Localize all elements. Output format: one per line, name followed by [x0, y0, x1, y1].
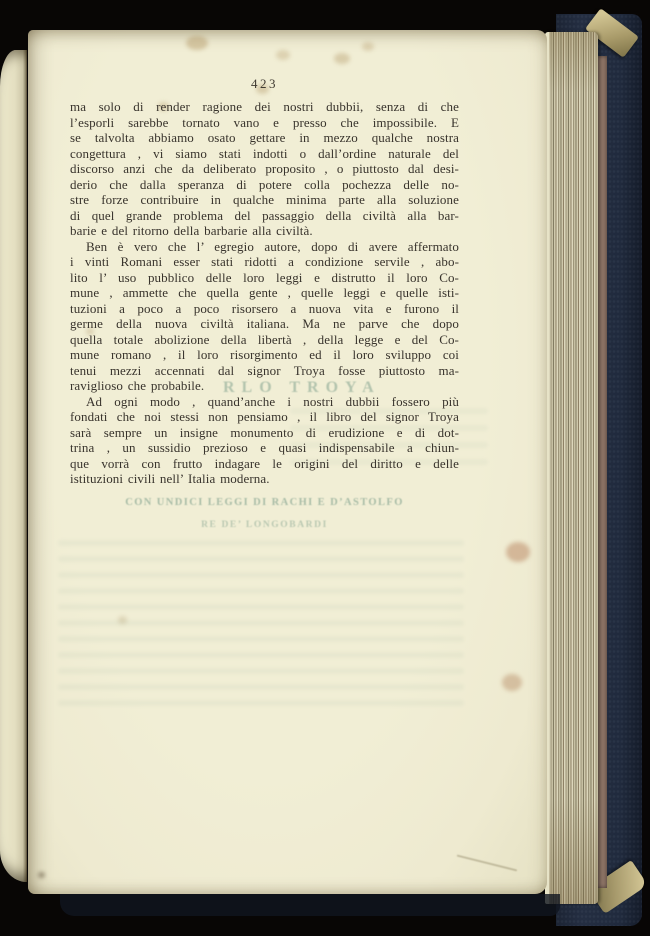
text-line: Ad ogni modo , quand’anche i nostri dubb… [70, 394, 459, 410]
ghost-smudge-bar [58, 668, 464, 674]
ghost-showthrough-line: CON UNDICI LEGGI DI RACHI E D’ASTOLFO [70, 497, 459, 508]
ghost-showthrough-line: RE DE’ LONGOBARDI [70, 520, 459, 530]
text-line: sarà sempre un insigne monumento di erud… [70, 425, 459, 441]
text-line: di quel grande problema del passaggio de… [70, 208, 459, 224]
ghost-smudge-bar [58, 684, 464, 690]
foxing-spot [506, 542, 530, 562]
page-number: 423 [70, 76, 459, 92]
text-line: lito l’ uso pubblico delle loro leggi e … [70, 270, 459, 286]
text-line: stre forze contribuire in qualche minima… [70, 192, 459, 208]
foxing-spot [186, 36, 208, 50]
text-line: l’esporli sarebbe tornato vano e presso … [70, 115, 459, 131]
text-line: i vinti Romani esser stati ridotti a con… [70, 254, 459, 270]
book-page: RLO TROYA CON UNDICI LEGGI DI RACHI E D’… [28, 30, 547, 894]
text-line: tuzioni a poco a poco risorsero a nuova … [70, 301, 459, 317]
text-line: mune , ammette che quella gente , quelle… [70, 285, 459, 301]
text-line: barie e del ritorno della barbarie alla … [70, 223, 459, 239]
foxing-spot [276, 50, 290, 60]
text-line: ma solo di render ragione dei nostri dub… [70, 99, 459, 115]
text-line: discorso anzi che da deliberato proposit… [70, 161, 459, 177]
ghost-smudge-bar [58, 540, 464, 546]
text-line: trina , un sussidio prezioso e quasi ind… [70, 440, 459, 456]
ghost-smudge-bar [58, 636, 464, 642]
foxing-spot [502, 674, 522, 691]
foxing-spot [118, 616, 127, 624]
ghost-smudge-bar [58, 556, 464, 562]
text-line: congettura , vi siamo stati indotti o da… [70, 146, 459, 162]
text-line: derio che dalla speranza di potere colla… [70, 177, 459, 193]
foxing-spot [38, 872, 45, 878]
ghost-smudge-bar [58, 572, 464, 578]
text-line: fondati che noi stessi non pensiamo , il… [70, 409, 459, 425]
text-column: 423 ma solo di render ragione dei nostri… [70, 76, 459, 487]
text-line: Ben è vero che l’ egregio autore, dopo d… [70, 239, 459, 255]
text-line: raviglioso che probabile. [70, 378, 459, 394]
text-block: ma solo di render ragione dei nostri dub… [70, 99, 459, 487]
ghost-smudge-bar [58, 700, 464, 706]
text-line: quella totale abolizione della libertà ,… [70, 332, 459, 348]
ghost-smudge-bar [58, 588, 464, 594]
text-line: mune romano , il loro risorgimento ed il… [70, 347, 459, 363]
text-line: germe della nuova civiltà italiana. Ma n… [70, 316, 459, 332]
page-bottom-shadow [60, 894, 560, 916]
ghost-smudge-bar [58, 652, 464, 658]
ghost-smudge-bar [58, 604, 464, 610]
text-line: se talvolta abbiamo osato gettare in mez… [70, 130, 459, 146]
facing-page-edge [0, 50, 27, 882]
foxing-spot [334, 53, 350, 64]
text-line: istituzioni civili nell’ Italia moderna. [70, 471, 459, 487]
text-line: tenui mezzi accennati dal signor Troya f… [70, 363, 459, 379]
foxing-spot [362, 42, 374, 51]
text-line: que vorrà con frutto indagare le origini… [70, 456, 459, 472]
surface-scratch [457, 855, 518, 871]
page-fore-edge [545, 32, 598, 904]
